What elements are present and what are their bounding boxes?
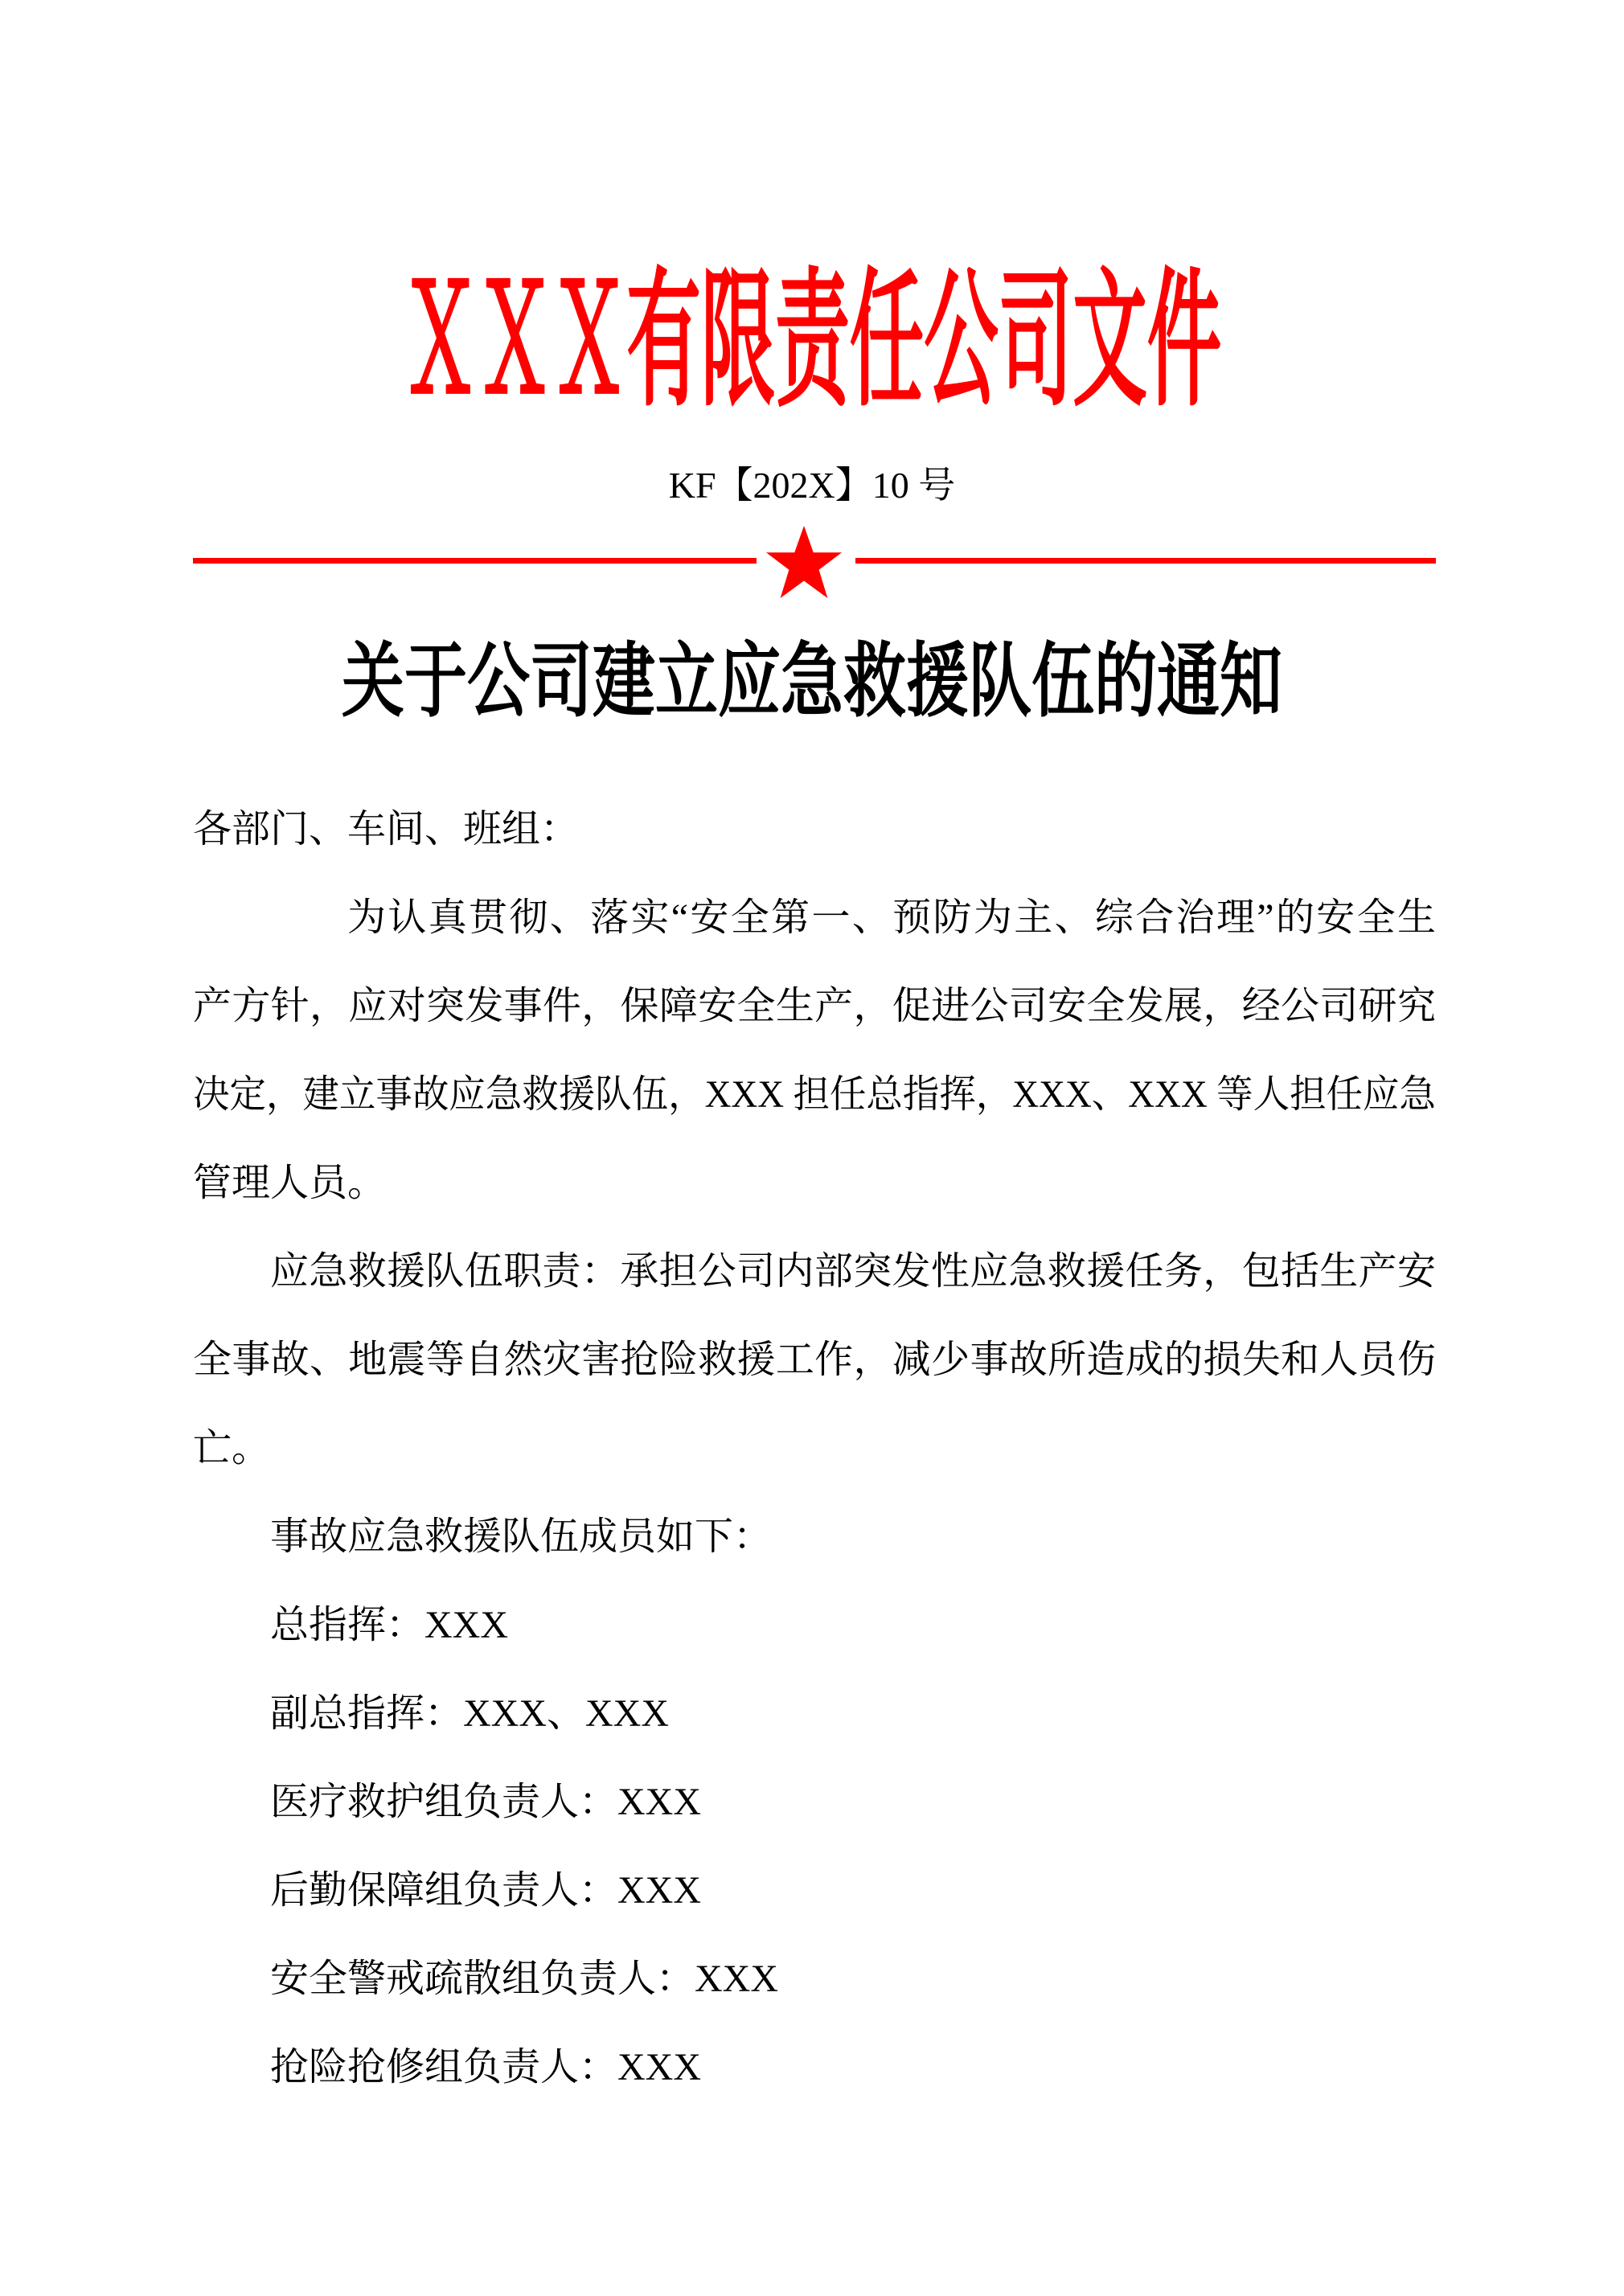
doc-number: KF【202X】10 号	[0, 465, 1624, 507]
paragraph1-line4: 管理人员。	[193, 1139, 1436, 1228]
paragraph2-line3: 亡。	[193, 1404, 1436, 1493]
paragraph2-line1: 应急救援队伍职责：承担公司内部突发性应急救援任务，包括生产安	[193, 1228, 1436, 1316]
member-repair-line: 抢险抢修组负责人：XXX	[193, 2023, 1436, 2112]
member-security-line: 安全警戒疏散组负责人：XXX	[193, 1935, 1436, 2023]
document-body: 各部门、车间、班组： 为认真贯彻、落实“安全第一、预防为主、综合治理”的安全生 …	[193, 785, 1436, 2112]
members-intro-line: 事故应急救援队伍成员如下：	[193, 1493, 1436, 1581]
member-commander-line: 总指挥：XXX	[193, 1581, 1436, 1670]
paragraph1-line2: 产方针，应对突发事件，保障安全生产，促进公司安全发展，经公司研究	[193, 962, 1436, 1051]
paragraph2-line2: 全事故、地震等自然灾害抢险救援工作，减少事故所造成的损失和人员伤	[193, 1316, 1436, 1404]
divider-line-right	[855, 558, 1436, 564]
paragraph1-line3: 决定，建立事故应急救援队伍，XXX 担任总指挥，XXX、XXX 等人担任应急	[193, 1051, 1371, 1139]
company-header-title: ＸＸＸ有限责任公司文件	[403, 268, 1221, 416]
divider-line-left	[193, 558, 757, 564]
member-logistics-line: 后勤保障组负责人：XXX	[193, 1847, 1436, 1935]
member-medical-line: 医疗救护组负责人：XXX	[193, 1758, 1436, 1847]
paragraph1-line1: 为认真贯彻、落实“安全第一、预防为主、综合治理”的安全生	[193, 874, 1436, 962]
star-icon	[765, 524, 843, 600]
document-title: 关于公司建立应急救援队伍的通知	[0, 639, 1624, 724]
document-page: ＸＸＸ有限责任公司文件 KF【202X】10 号 关于公司建立应急救援队伍的通知…	[0, 0, 1624, 2296]
company-header: ＸＸＸ有限责任公司文件	[0, 261, 1624, 422]
member-deputy-line: 副总指挥：XXX、XXX	[193, 1670, 1436, 1758]
salutation-line: 各部门、车间、班组：	[193, 785, 1436, 874]
